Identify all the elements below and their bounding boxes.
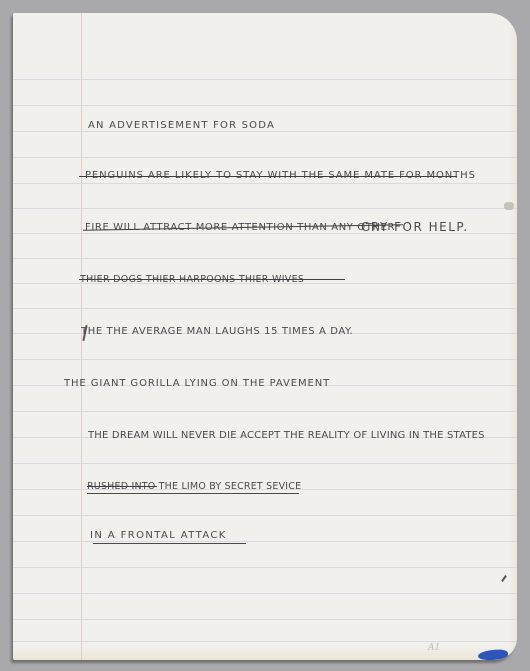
ruled-line	[13, 567, 517, 568]
strikethrough	[79, 176, 457, 177]
page-number: A1	[428, 643, 440, 653]
ruled-line	[13, 463, 517, 464]
paper-stain	[504, 202, 514, 210]
ruled-line	[13, 79, 517, 80]
text-line-9: IN A FRONTAL ATTACK	[90, 531, 227, 541]
ruled-line	[13, 157, 517, 158]
ruled-line	[13, 359, 517, 360]
ruled-line	[13, 308, 517, 309]
text-line-5: THE THE AVERAGE MAN LAUGHS 15 TIMES A DA…	[81, 327, 353, 337]
text-line-6: THE GIANT GORILLA LYING ON THE PAVEMENT	[64, 379, 330, 389]
ruled-line	[13, 105, 517, 106]
ruled-line	[13, 258, 517, 259]
ruled-line	[13, 641, 517, 642]
underline	[93, 543, 246, 544]
underline	[87, 493, 299, 494]
ruled-line	[13, 619, 517, 620]
ruled-line	[13, 593, 517, 594]
ruled-line	[13, 208, 517, 209]
ruled-line	[13, 411, 517, 412]
text-line-1: AN ADVERTISEMENT FOR SODA	[88, 121, 275, 131]
notebook-page: AN ADVERTISEMENT FOR SODA PENGUINS ARE L…	[13, 13, 517, 660]
ruled-line	[13, 515, 517, 516]
ruled-line	[13, 131, 517, 132]
pen-stroke-mark	[501, 575, 507, 582]
text-line-3-continuation: CRY FOR HELP.	[361, 221, 469, 233]
strikethrough	[87, 486, 157, 487]
strikethrough	[79, 279, 345, 280]
text-line-7: THE DREAM WILL NEVER DIE ACCEPT THE REAL…	[88, 431, 485, 441]
ruled-line	[13, 183, 517, 184]
ruled-line	[13, 541, 517, 542]
